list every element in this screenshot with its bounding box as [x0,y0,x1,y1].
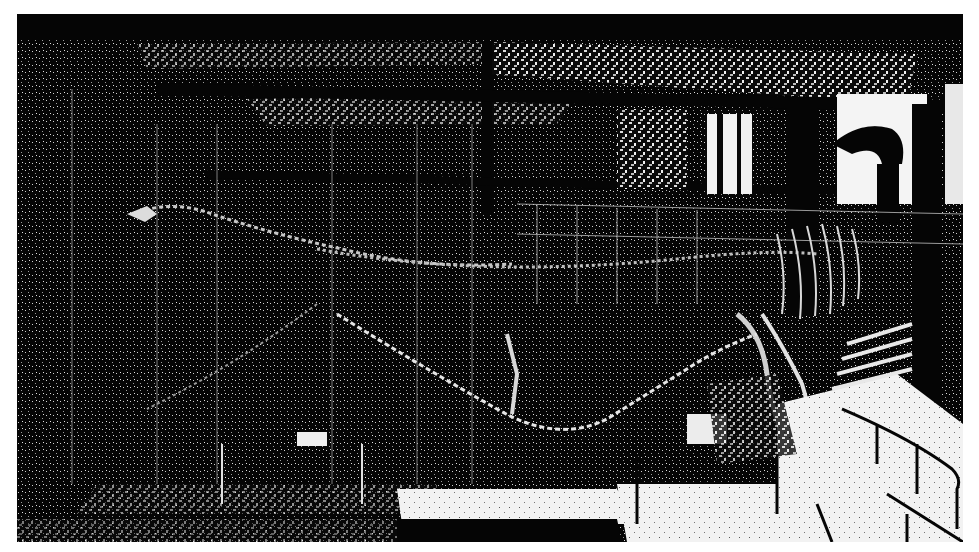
photo-frame: High-contrast black-and-white photograph… [0,0,979,552]
placard [297,432,327,446]
museum-photo [17,14,963,542]
